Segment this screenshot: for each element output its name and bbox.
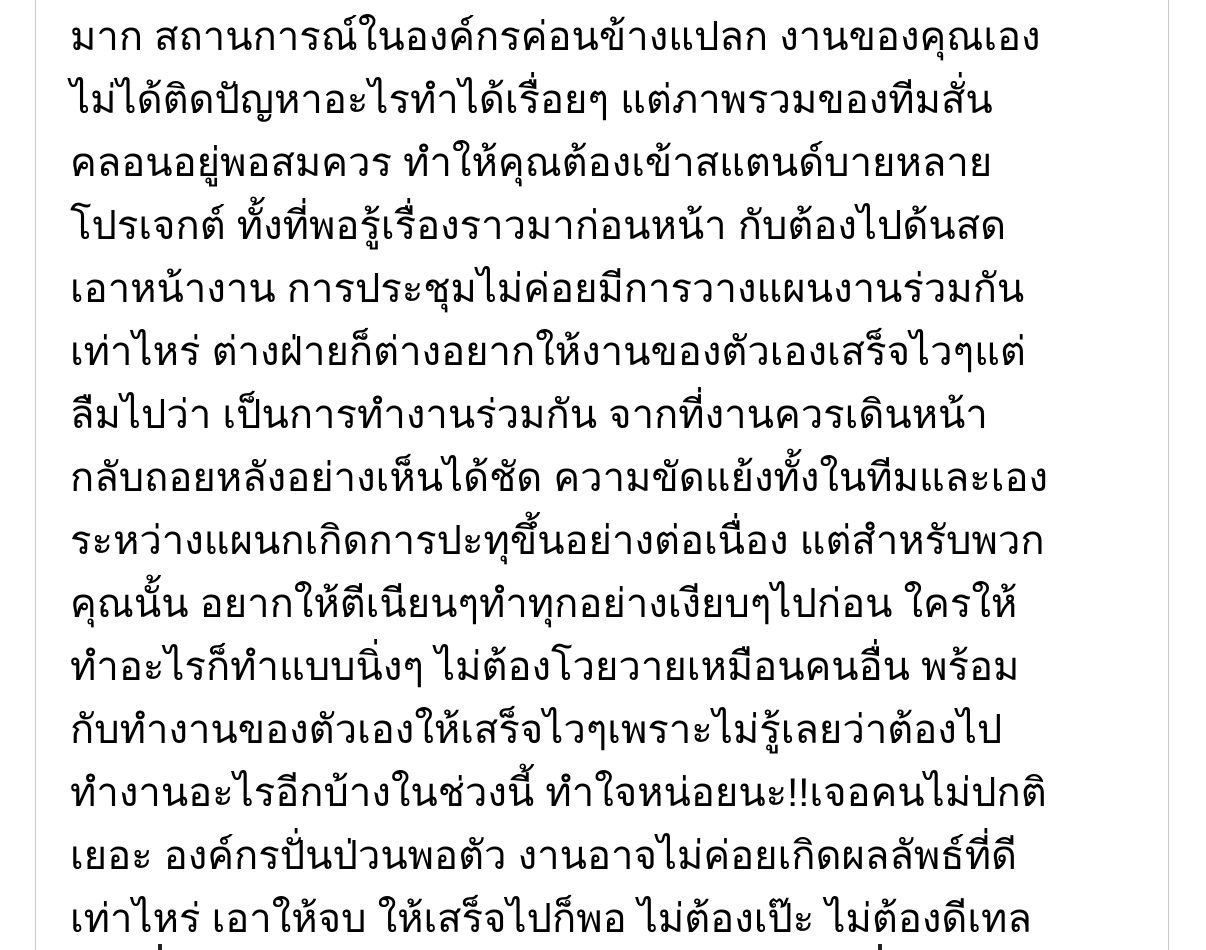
document-viewport: มาก สถานการณ์ในองค์กรค่อนข้างแปลก งานของ… xyxy=(0,0,1206,950)
text-line: เอาหน้างาน การประชุมไม่ค่อยมีการวางแผนงา… xyxy=(70,258,1168,321)
text-line: ระหว่างแผนกเกิดการปะทุขึ้นอย่างต่อเนื่อง… xyxy=(70,510,1168,573)
scrollbar-gutter xyxy=(1170,0,1206,950)
text-line: ลืมไปว่า เป็นการทำงานร่วมกัน จากที่งานคว… xyxy=(70,384,1168,447)
text-line: คุณนั้น อยากให้ตีเนียนๆทำทุกอย่างเงียบๆไ… xyxy=(70,573,1168,636)
text-line: โปรเจกต์ ทั้งที่พอรู้เรื่องราวมาก่อนหน้า… xyxy=(70,195,1168,258)
text-line: มาก สถานการณ์ในองค์กรค่อนข้างแปลก งานของ… xyxy=(70,6,1168,69)
paragraph: มาก สถานการณ์ในองค์กรค่อนข้างแปลก งานของ… xyxy=(36,0,1168,950)
text-line: กับทำงานของตัวเองให้เสร็จไวๆเพราะไม่รู้เ… xyxy=(70,699,1168,762)
text-line: เยอะ องค์กรปั่นป่วนพอตัว งานอาจไม่ค่อยเก… xyxy=(70,825,1168,888)
text-line: ไม่ได้ติดปัญหาอะไรทำได้เรื่อยๆ แต่ภาพรวม… xyxy=(70,69,1168,132)
text-line: ทำอะไรก็ทำแบบนิ่งๆ ไม่ต้องโวยวายเหมือนคน… xyxy=(70,636,1168,699)
text-line: เท่าไหร่ เอาให้จบ ให้เสร็จไปก็พอ ไม่ต้อง… xyxy=(70,888,1168,950)
text-line: กลับถอยหลังอย่างเห็นได้ชัด ความขัดแย้งทั… xyxy=(70,447,1168,510)
clipped-next-line-glyph-tip xyxy=(158,944,162,950)
text-line: คลอนอยู่พอสมควร ทำให้คุณต้องเข้าสแตนด์บา… xyxy=(70,132,1168,195)
text-line: ทำงานอะไรอีกบ้างในช่วงนี้ ทำใจหน่อยนะ!!เ… xyxy=(70,762,1168,825)
text-pane[interactable]: มาก สถานการณ์ในองค์กรค่อนข้างแปลก งานของ… xyxy=(35,0,1169,950)
text-line: เท่าไหร่ ต่างฝ่ายก็ต่างอยากให้งานของตัวเ… xyxy=(70,321,1168,384)
clipped-next-line-glyph-tip xyxy=(878,944,882,950)
